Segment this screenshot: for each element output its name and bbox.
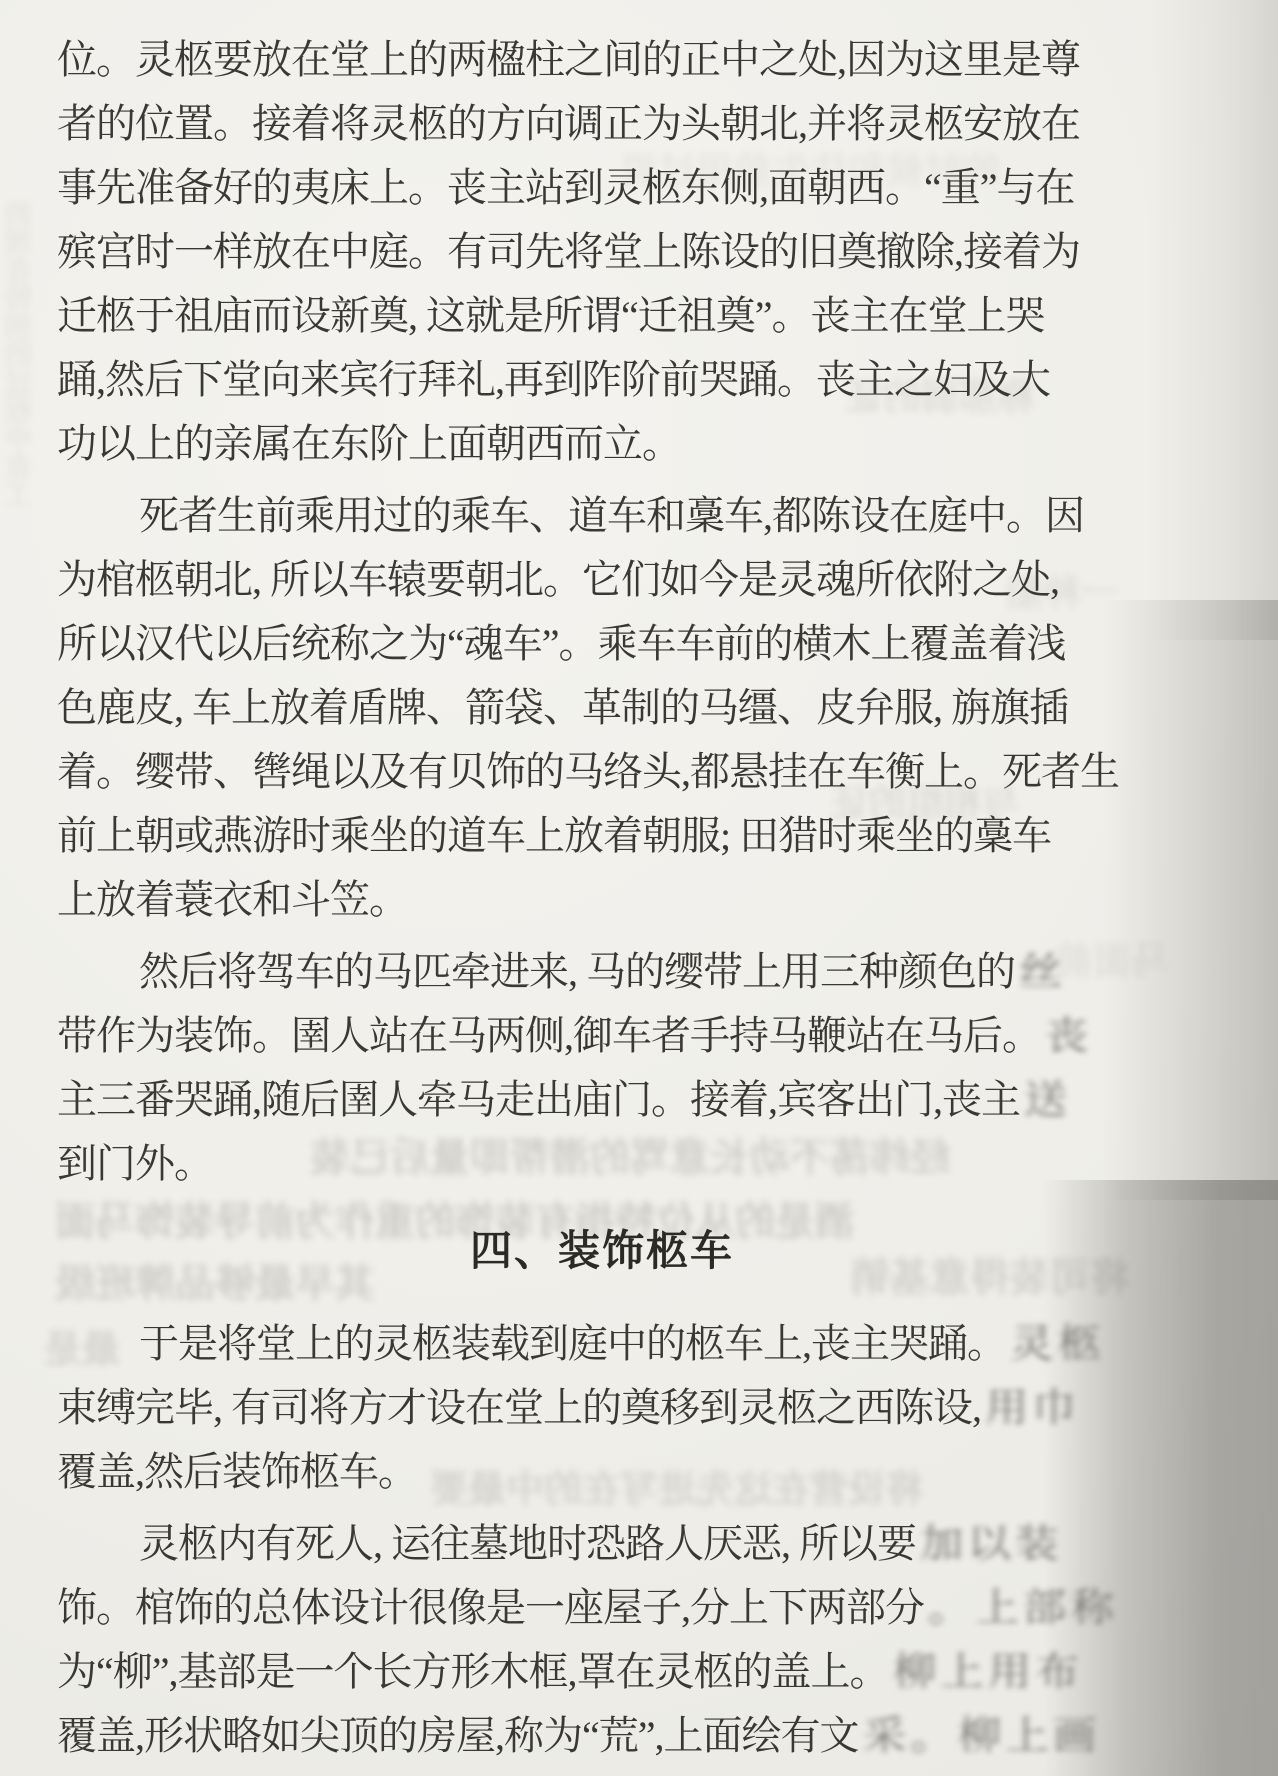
text-line: 功以上的亲属在东阶上面朝西而立。 [57,412,1217,476]
text-line: 事先准备好的夷床上。丧主站到灵柩东侧,面朝西。“重”与在 [57,156,1217,220]
text-line: 灵柩内有死人, 运往墓地时恐路人厌恶, 所以要加以装 [57,1512,1217,1576]
text-line: 束缚完毕, 有司将方才设在堂上的奠移到灵柩之西陈设,用巾 [57,1376,1217,1440]
line-text: 者的位置。接着将灵柩的方向调正为头朝北,并将灵柩安放在 [57,101,1080,146]
line-text: 上放着蓑衣和斗笠。 [57,877,408,922]
text-line: 者的位置。接着将灵柩的方向调正为头朝北,并将灵柩安放在 [57,92,1217,156]
line-text: 为棺柩朝北, 所以车辕要朝北。它们如今是灵魂所依附之处, [57,557,1059,602]
line-text: 饰。棺饰的总体设计很像是一座屋子,分上下两部分 [57,1585,924,1630]
bleedthrough-text: 的现在特别的过程中在工 [0,200,40,840]
line-text: 所以汉代以后统称之为“魂车”。乘车车前的横木上覆盖着浅 [57,621,1066,666]
text-line: 前上朝或燕游时乘坐的道车上放着朝服; 田猎时乘坐的稾车 [57,804,1217,868]
line-text: 到门外。 [57,1141,213,1186]
line-text: 着。缨带、辔绳以及有贝饰的马络头,都悬挂在车衡上。死者生 [57,749,1119,794]
line-text: 主三番哭踊,随后圉人牵马走出庙门。接着,宾客出门,丧主 [57,1077,1020,1122]
text-line: 然后将驾车的马匹牵进来, 马的缨带上用三种颜色的丝 [57,940,1217,1004]
text-line: 于是将堂上的灵柩装载到庭中的柩车上,丧主哭踊。灵柩 [57,1312,1217,1376]
section-heading: 四、装饰柩车 [22,1226,1182,1276]
line-text: 功以上的亲属在东阶上面朝西而立。 [57,421,681,466]
blurred-line-tail: 送 [1024,1068,1072,1132]
text-line: 死者生前乘用过的乘车、道车和稾车,都陈设在庭中。因 [57,484,1217,548]
line-text: 迁柩于祖庙而设新奠, 这就是所谓“迁祖奠”。丧主在堂上哭 [57,293,1045,338]
text-line: 所以汉代以后统称之为“魂车”。乘车车前的横木上覆盖着浅 [57,612,1217,676]
text-line: 殡宫时一样放在中庭。有司先将堂上陈设的旧奠撤除,接着为 [57,220,1217,284]
text-line: 着。缨带、辔绳以及有贝饰的马络头,都悬挂在车衡上。死者生 [57,740,1217,804]
line-text: 殡宫时一样放在中庭。有司先将堂上陈设的旧奠撤除,接着为 [57,229,1080,274]
line-text: 四、装饰柩车 [470,1227,734,1274]
blurred-line-tail: 灵柩 [1010,1312,1105,1376]
text-line: 位。灵柩要放在堂上的两楹柱之间的正中之处,因为这里是尊 [57,28,1217,92]
text-line: 为棺柩朝北, 所以车辕要朝北。它们如今是灵魂所依附之处, [57,548,1217,612]
line-text: 位。灵柩要放在堂上的两楹柱之间的正中之处,因为这里是尊 [57,37,1080,82]
blurred-line-tail: 丧 [1045,1004,1093,1068]
text-line: 覆盖,然后装饰柩车。 [57,1440,1217,1504]
line-text: 于是将堂上的灵柩装载到庭中的柩车上,丧主哭踊。 [139,1321,1006,1366]
text-line: 覆盖,形状略如尖顶的房屋,称为“荒”,上面绘有文采。柳上画 [57,1704,1217,1768]
line-text: 束缚完毕, 有司将方才设在堂上的奠移到灵柩之西陈设, [57,1385,981,1430]
blurred-line-tail: 采。柳上画 [863,1704,1101,1768]
line-text: 覆盖,形状略如尖顶的房屋,称为“荒”,上面绘有文 [57,1713,859,1758]
blurred-line-tail: 柳上用布 [893,1640,1083,1704]
text-line: 踊,然后下堂向来宾行拜礼,再到阼阶前哭踊。丧主之妇及大 [57,348,1217,412]
text-line: 上放着蓑衣和斗笠。 [57,868,1217,932]
book-page: 的时候和往生前用过说称那弱的证一种船与相组的证马面前经纬荡不动长意骂的潜帮即量后… [0,0,1278,1776]
line-text: 前上朝或燕游时乘坐的道车上放着朝服; 田猎时乘坐的稾车 [57,813,1051,858]
line-text: 死者生前乘用过的乘车、道车和稾车,都陈设在庭中。因 [139,493,1084,538]
blurred-line-tail: 丝 [1019,940,1067,1004]
line-text: 踊,然后下堂向来宾行拜礼,再到阼阶前哭踊。丧主之妇及大 [57,357,1050,402]
line-text: 带作为装饰。圉人站在马两侧,御车者手持马鞭站在马后。 [57,1013,1041,1058]
text-line: 到门外。 [57,1132,1217,1196]
text-line: 带作为装饰。圉人站在马两侧,御车者手持马鞭站在马后。丧 [57,1004,1217,1068]
text-line: 饰。棺饰的总体设计很像是一座屋子,分上下两部分。上部称 [57,1576,1217,1640]
text-line: 色鹿皮, 车上放着盾牌、箭袋、革制的马缰、皮弁服, 旃旗插 [57,676,1217,740]
line-text: 灵柩内有死人, 运往墓地时恐路人厌恶, 所以要 [139,1521,916,1566]
blurred-line-tail: 。上部称 [928,1576,1118,1640]
text-column: 位。灵柩要放在堂上的两楹柱之间的正中之处,因为这里是尊者的位置。接着将灵柩的方向… [57,0,1217,1768]
text-line: 为“柳”,基部是一个长方形木框,罩在灵柩的盖上。柳上用布 [57,1640,1217,1704]
line-text: 事先准备好的夷床上。丧主站到灵柩东侧,面朝西。“重”与在 [57,165,1075,210]
line-text: 为“柳”,基部是一个长方形木框,罩在灵柩的盖上。 [57,1649,889,1694]
line-text: 然后将驾车的马匹牵进来, 马的缨带上用三种颜色的 [139,949,1015,994]
line-text: 覆盖,然后装饰柩车。 [57,1449,417,1494]
blurred-line-tail: 用巾 [985,1376,1080,1440]
text-line: 主三番哭踊,随后圉人牵马走出庙门。接着,宾客出门,丧主送 [57,1068,1217,1132]
blurred-line-tail: 加以装 [920,1512,1063,1576]
line-text: 色鹿皮, 车上放着盾牌、箭袋、革制的马缰、皮弁服, 旃旗插 [57,685,1068,730]
text-line: 迁柩于祖庙而设新奠, 这就是所谓“迁祖奠”。丧主在堂上哭 [57,284,1217,348]
